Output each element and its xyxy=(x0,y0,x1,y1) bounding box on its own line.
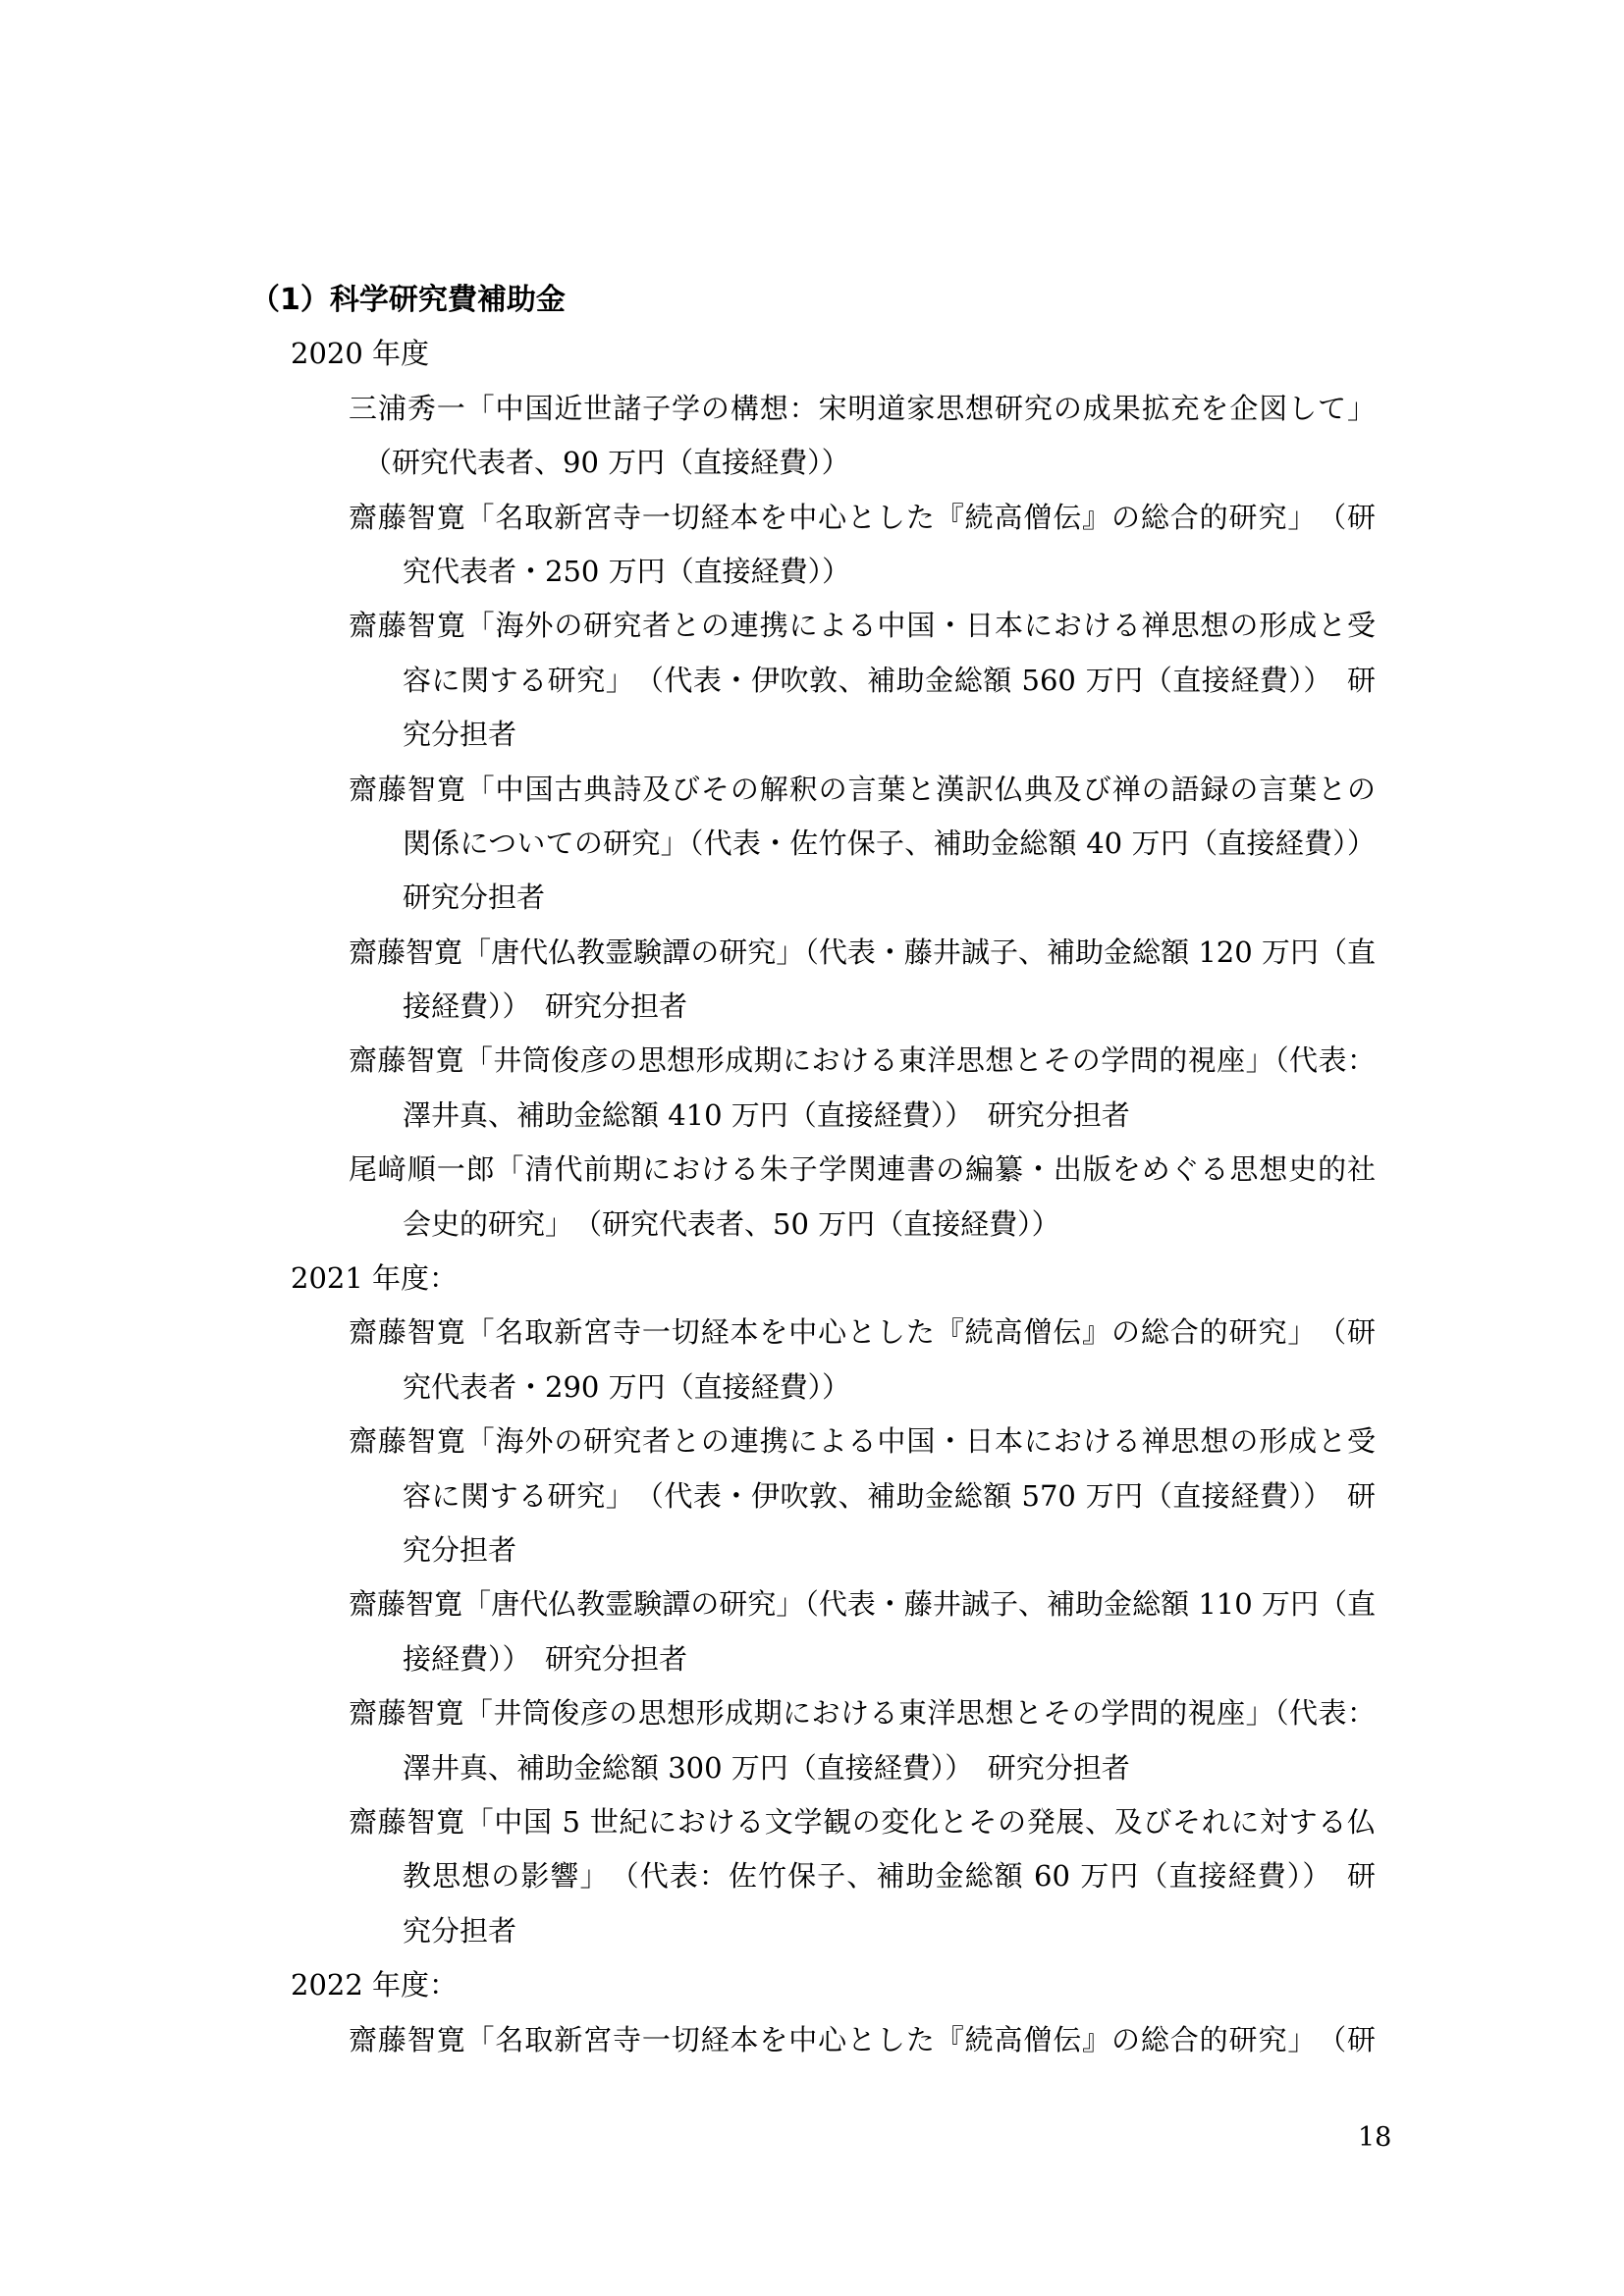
grant-entry-line: 究分担者 xyxy=(403,1523,1376,1577)
year-label-2022: 2022 年度： xyxy=(291,1958,1624,2012)
grant-entry-line: 接経費）） 研究分担者 xyxy=(403,1632,1376,1686)
grant-entry-line: 澤井真、補助金総額 300 万円（直接経費）） 研究分担者 xyxy=(403,1741,1376,1795)
grant-entry-line: 齋藤智寛「名取新宮寺一切経本を中心とした『続高僧伝』の総合的研究」 （研 xyxy=(349,2013,1376,2067)
grant-entry-line: 三浦秀一「中国近世諸子学の構想：宋明道家思想研究の成果拡充を企図して」 xyxy=(349,382,1376,436)
year-label-2021: 2021 年度： xyxy=(291,1252,1624,1306)
grant-entry-line: 容に関する研究」 （代表・伊吹敦、補助金総額 570 万円（直接経費）） 研 xyxy=(403,1469,1376,1523)
grant-entry-line: （研究代表者、90 万円（直接経費）） xyxy=(363,436,1376,490)
grant-entry-line: 究分担者 xyxy=(403,1904,1376,1958)
grant-entry-line: 容に関する研究」 （代表・伊吹敦、補助金総額 560 万円（直接経費）） 研 xyxy=(403,654,1376,708)
grant-entry-line: 齋藤智寛「唐代仏教霊験譚の研究」（代表・藤井誠子、補助金総額 120 万円（直 xyxy=(349,926,1376,980)
grant-entry-line: 研究分担者 xyxy=(403,871,1376,925)
grant-entry-line: 齋藤智寛「井筒俊彦の思想形成期における東洋思想とその学問的視座」（代表： xyxy=(349,1034,1376,1088)
page-body: （1）科学研究費補助金 2020 年度 三浦秀一「中国近世諸子学の構想：宋明道家… xyxy=(0,273,1624,2067)
grant-entry-line: 齋藤智寛「名取新宮寺一切経本を中心とした『続高僧伝』の総合的研究」 （研 xyxy=(349,1306,1376,1360)
grant-entry-line: 齋藤智寛「中国古典詩及びその解釈の言葉と漢訳仏典及び禅の語録の言葉との xyxy=(349,763,1376,817)
page-number: 18 xyxy=(1358,2118,1391,2158)
grant-entry-line: 接経費）） 研究分担者 xyxy=(403,980,1376,1034)
grant-entry-line: 究代表者・290 万円（直接経費）） xyxy=(403,1361,1376,1415)
year-label-2020: 2020 年度 xyxy=(291,327,1624,381)
grant-entry-line: 齋藤智寛「唐代仏教霊験譚の研究」（代表・藤井誠子、補助金総額 110 万円（直 xyxy=(349,1577,1376,1631)
grant-entry-line: 齋藤智寛「名取新宮寺一切経本を中心とした『続高僧伝』の総合的研究」 （研 xyxy=(349,491,1376,545)
grant-entry-line: 澤井真、補助金総額 410 万円（直接経費）） 研究分担者 xyxy=(403,1089,1376,1143)
section-heading: （1）科学研究費補助金 xyxy=(250,273,1624,327)
grant-entry-line: 齋藤智寛「海外の研究者との連携による中国・日本における禅思想の形成と受 xyxy=(349,1415,1376,1468)
grant-entry-line: 齋藤智寛「中国 5 世紀における文学観の変化とその発展、及びそれに対する仏 xyxy=(349,1795,1376,1849)
grant-entry-line: 教思想の影響」 （代表：佐竹保子、補助金総額 60 万円（直接経費）） 研 xyxy=(403,1849,1376,1903)
document-page: （1）科学研究費補助金 2020 年度 三浦秀一「中国近世諸子学の構想：宋明道家… xyxy=(0,0,1624,2296)
grant-entry-line: 関係についての研究」（代表・佐竹保子、補助金総額 40 万円（直接経費）） xyxy=(403,817,1376,871)
grant-entry-line: 尾﨑順一郎「清代前期における朱子学関連書の編纂・出版をめぐる思想史的社 xyxy=(349,1143,1376,1197)
grant-entry-line: 齋藤智寛「井筒俊彦の思想形成期における東洋思想とその学問的視座」（代表： xyxy=(349,1686,1376,1740)
grant-entry-line: 究代表者・250 万円（直接経費）） xyxy=(403,545,1376,599)
grant-entry-line: 究分担者 xyxy=(403,708,1376,762)
grant-entry-line: 齋藤智寛「海外の研究者との連携による中国・日本における禅思想の形成と受 xyxy=(349,599,1376,653)
grant-entry-line: 会史的研究」 （研究代表者、50 万円（直接経費）） xyxy=(403,1198,1376,1252)
